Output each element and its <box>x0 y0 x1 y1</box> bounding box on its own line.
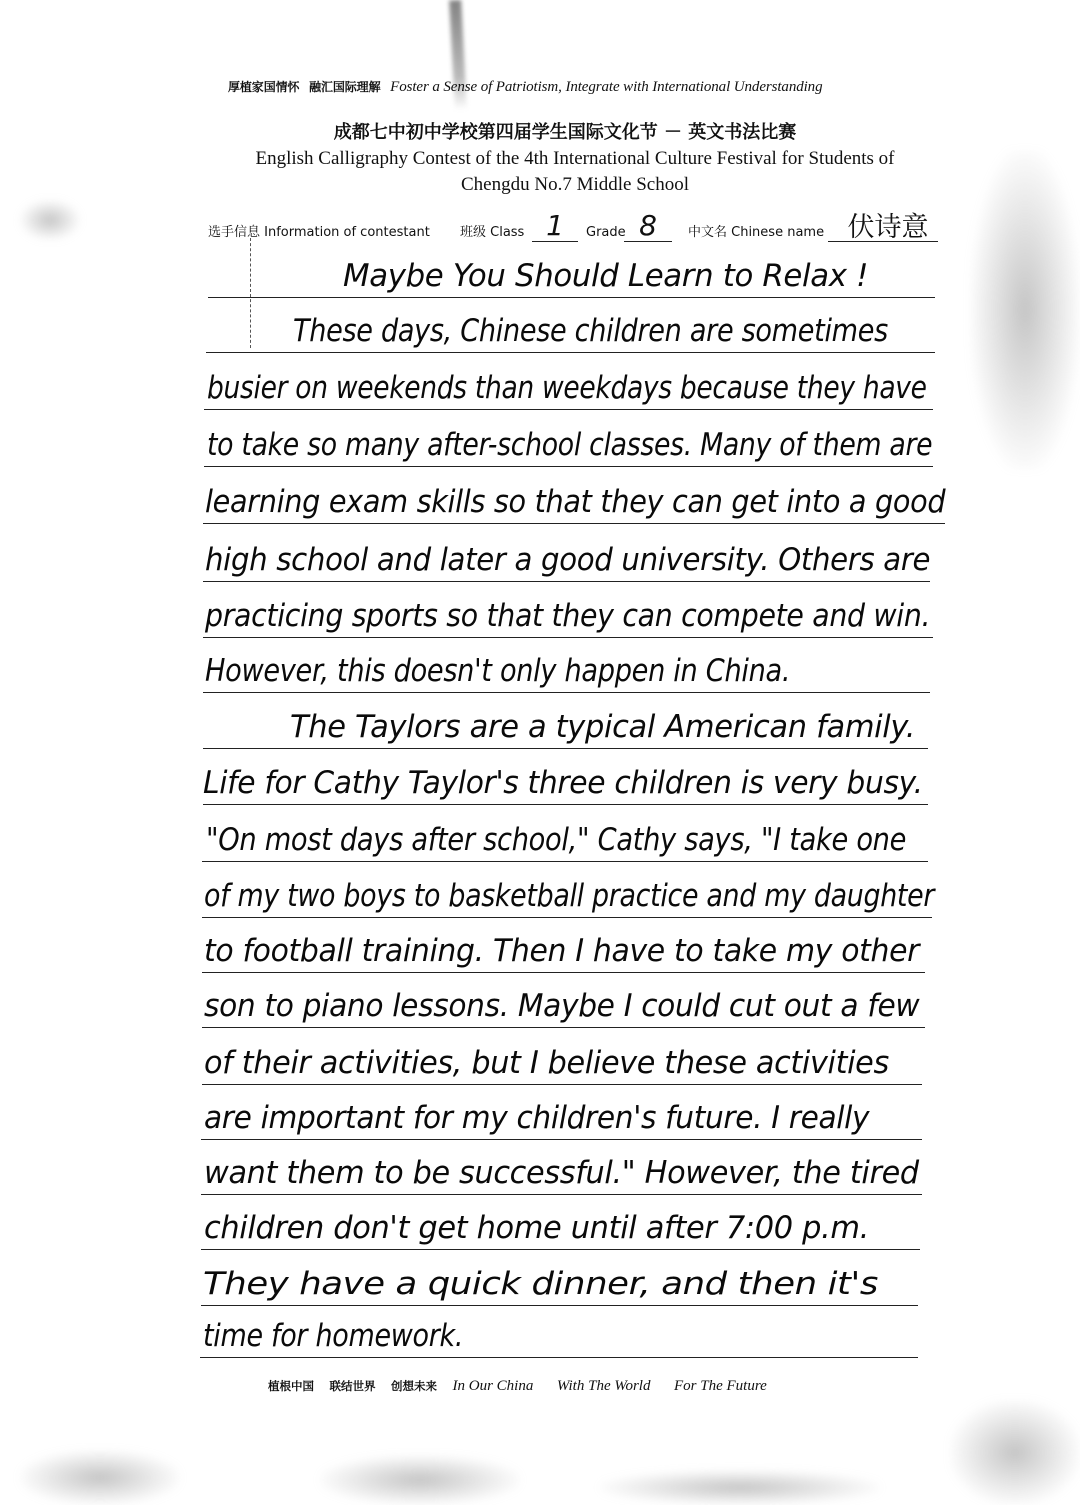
essay-line: Life for Cathy Taylor's three children i… <box>203 765 923 801</box>
essay-line: learning exam skills so that they can ge… <box>205 484 945 520</box>
ruled-line <box>204 409 933 410</box>
ruled-line <box>203 804 928 805</box>
essay-line: The Taylors are a typical American famil… <box>290 709 915 745</box>
essay-line: to football training. Then I have to tak… <box>204 933 919 969</box>
ruled-line <box>203 523 945 524</box>
footer-cn-2: 联结世界 <box>330 1379 376 1393</box>
essay-line: of their activities, but I believe these… <box>204 1045 889 1081</box>
footer-cn-3: 创想未来 <box>391 1379 437 1393</box>
essay-line: However, this doesn't only happen in Chi… <box>205 653 790 689</box>
essay-line: time for homework. <box>203 1318 463 1354</box>
essay-line: "On most days after school," Cathy says,… <box>206 822 906 858</box>
essay-line: practicing sports so that they can compe… <box>205 598 930 634</box>
essay-line: These days, Chinese children are sometim… <box>293 313 888 349</box>
ruled-line <box>202 1084 922 1085</box>
essay-line: are important for my children's future. … <box>204 1100 869 1136</box>
essay-line: of my two boys to basketball practice an… <box>204 878 934 914</box>
essay-line: high school and later a good university.… <box>205 542 930 578</box>
ruled-line <box>202 917 932 918</box>
essay-title: Maybe You Should Learn to Relax ! <box>343 258 868 294</box>
ruled-line <box>201 1139 922 1140</box>
ruled-line <box>203 637 933 638</box>
footer-slogan: 植根中国 联结世界 创想未来 In Our China With The Wor… <box>268 1378 868 1395</box>
ruled-line <box>201 1305 918 1306</box>
footer-en-2: With The World <box>557 1378 651 1394</box>
ruled-line <box>203 692 930 693</box>
footer-en-1: In Our China <box>453 1378 534 1394</box>
ruled-line <box>202 861 928 862</box>
ruled-line <box>200 1357 918 1358</box>
essay-area: Maybe You Should Learn to Relax !These d… <box>0 0 1080 1505</box>
essay-line: children don't get home until after 7:00… <box>204 1210 869 1246</box>
essay-line: want them to be successful." However, th… <box>204 1155 919 1191</box>
ruled-line <box>206 352 935 353</box>
ruled-line <box>201 1249 920 1250</box>
ruled-line <box>201 1194 922 1195</box>
ruled-line <box>204 466 933 467</box>
footer-cn-1: 植根中国 <box>268 1379 314 1393</box>
essay-line: son to piano lessons. Maybe I could cut … <box>204 988 919 1024</box>
ruled-line <box>202 1027 925 1028</box>
essay-line: to take so many after-school classes. Ma… <box>207 427 932 463</box>
ruled-line <box>202 972 925 973</box>
ruled-line <box>208 297 935 298</box>
essay-line: They have a quick dinner, and then it's <box>203 1266 878 1302</box>
footer-en-3: For The Future <box>674 1378 767 1394</box>
essay-line: busier on weekends than weekdays because… <box>207 370 927 406</box>
ruled-line <box>203 581 930 582</box>
ruled-line <box>203 748 928 749</box>
